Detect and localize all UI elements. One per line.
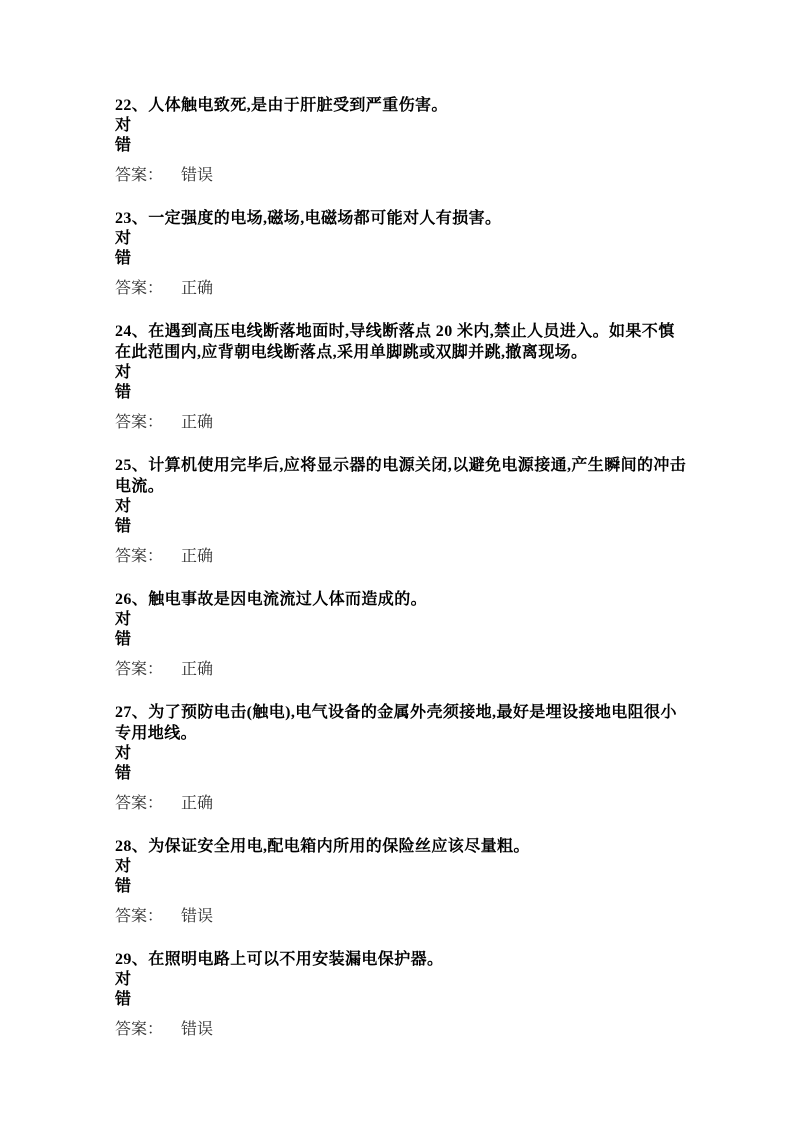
question-text: 26、触电事故是因电流流过人体而造成的。	[115, 589, 687, 610]
answer-value: 正确	[181, 795, 213, 812]
question-block: 27、为了预防电击(触电),电气设备的金属外壳须接地,最好是埋设接地电阻很小专用…	[115, 702, 687, 814]
answer-label: 答案：	[115, 414, 163, 431]
answer-label: 答案：	[115, 661, 163, 678]
option-true[interactable]: 对	[115, 363, 687, 383]
option-false[interactable]: 错	[115, 990, 687, 1010]
question-text: 29、在照明电路上可以不用安装漏电保护器。	[115, 949, 687, 970]
question-block: 26、触电事故是因电流流过人体而造成的。 对 错 答案：正确	[115, 589, 687, 680]
answer-label: 答案：	[115, 548, 163, 565]
answer-value: 正确	[181, 548, 213, 565]
answer-row: 答案：正确	[115, 278, 687, 299]
answer-row: 答案：正确	[115, 546, 687, 567]
answer-row: 答案：正确	[115, 793, 687, 814]
answer-row: 答案：错误	[115, 906, 687, 927]
answer-row: 答案：错误	[115, 165, 687, 186]
answer-label: 答案：	[115, 795, 163, 812]
answer-label: 答案：	[115, 280, 163, 297]
question-text: 25、计算机使用完毕后,应将显示器的电源关闭,以避免电源接通,产生瞬间的冲击电流…	[115, 455, 687, 497]
question-block: 24、在遇到高压电线断落地面时,导线断落点 20 米内,禁止人员进入。如果不慎在…	[115, 321, 687, 433]
document-page: 22、人体触电致死,是由于肝脏受到严重伤害。 对 错 答案：错误 23、一定强度…	[0, 0, 793, 1122]
answer-label: 答案：	[115, 908, 163, 925]
option-true[interactable]: 对	[115, 229, 687, 249]
question-text: 23、一定强度的电场,磁场,电磁场都可能对人有损害。	[115, 208, 687, 229]
option-true[interactable]: 对	[115, 610, 687, 630]
question-block: 29、在照明电路上可以不用安装漏电保护器。 对 错 答案：错误	[115, 949, 687, 1040]
option-false[interactable]: 错	[115, 877, 687, 897]
option-false[interactable]: 错	[115, 249, 687, 269]
option-true[interactable]: 对	[115, 744, 687, 764]
question-text: 28、为保证安全用电,配电箱内所用的保险丝应该尽量粗。	[115, 836, 687, 857]
question-block: 23、一定强度的电场,磁场,电磁场都可能对人有损害。 对 错 答案：正确	[115, 208, 687, 299]
option-false[interactable]: 错	[115, 630, 687, 650]
answer-row: 答案：正确	[115, 412, 687, 433]
option-true[interactable]: 对	[115, 970, 687, 990]
option-false[interactable]: 错	[115, 517, 687, 537]
answer-value: 错误	[181, 908, 213, 925]
answer-value: 错误	[181, 167, 213, 184]
answer-value: 正确	[181, 280, 213, 297]
option-true[interactable]: 对	[115, 497, 687, 517]
answer-row: 答案：正确	[115, 659, 687, 680]
option-false[interactable]: 错	[115, 136, 687, 156]
question-block: 22、人体触电致死,是由于肝脏受到严重伤害。 对 错 答案：错误	[115, 95, 687, 186]
answer-label: 答案：	[115, 1021, 163, 1038]
question-list: 22、人体触电致死,是由于肝脏受到严重伤害。 对 错 答案：错误 23、一定强度…	[115, 95, 687, 1040]
question-text: 27、为了预防电击(触电),电气设备的金属外壳须接地,最好是埋设接地电阻很小专用…	[115, 702, 687, 744]
question-block: 25、计算机使用完毕后,应将显示器的电源关闭,以避免电源接通,产生瞬间的冲击电流…	[115, 455, 687, 567]
option-false[interactable]: 错	[115, 764, 687, 784]
option-true[interactable]: 对	[115, 857, 687, 877]
answer-row: 答案：错误	[115, 1019, 687, 1040]
question-text: 22、人体触电致死,是由于肝脏受到严重伤害。	[115, 95, 687, 116]
answer-value: 正确	[181, 661, 213, 678]
question-block: 28、为保证安全用电,配电箱内所用的保险丝应该尽量粗。 对 错 答案：错误	[115, 836, 687, 927]
answer-label: 答案：	[115, 167, 163, 184]
option-true[interactable]: 对	[115, 116, 687, 136]
question-text: 24、在遇到高压电线断落地面时,导线断落点 20 米内,禁止人员进入。如果不慎在…	[115, 321, 687, 363]
answer-value: 正确	[181, 414, 213, 431]
option-false[interactable]: 错	[115, 383, 687, 403]
answer-value: 错误	[181, 1021, 213, 1038]
